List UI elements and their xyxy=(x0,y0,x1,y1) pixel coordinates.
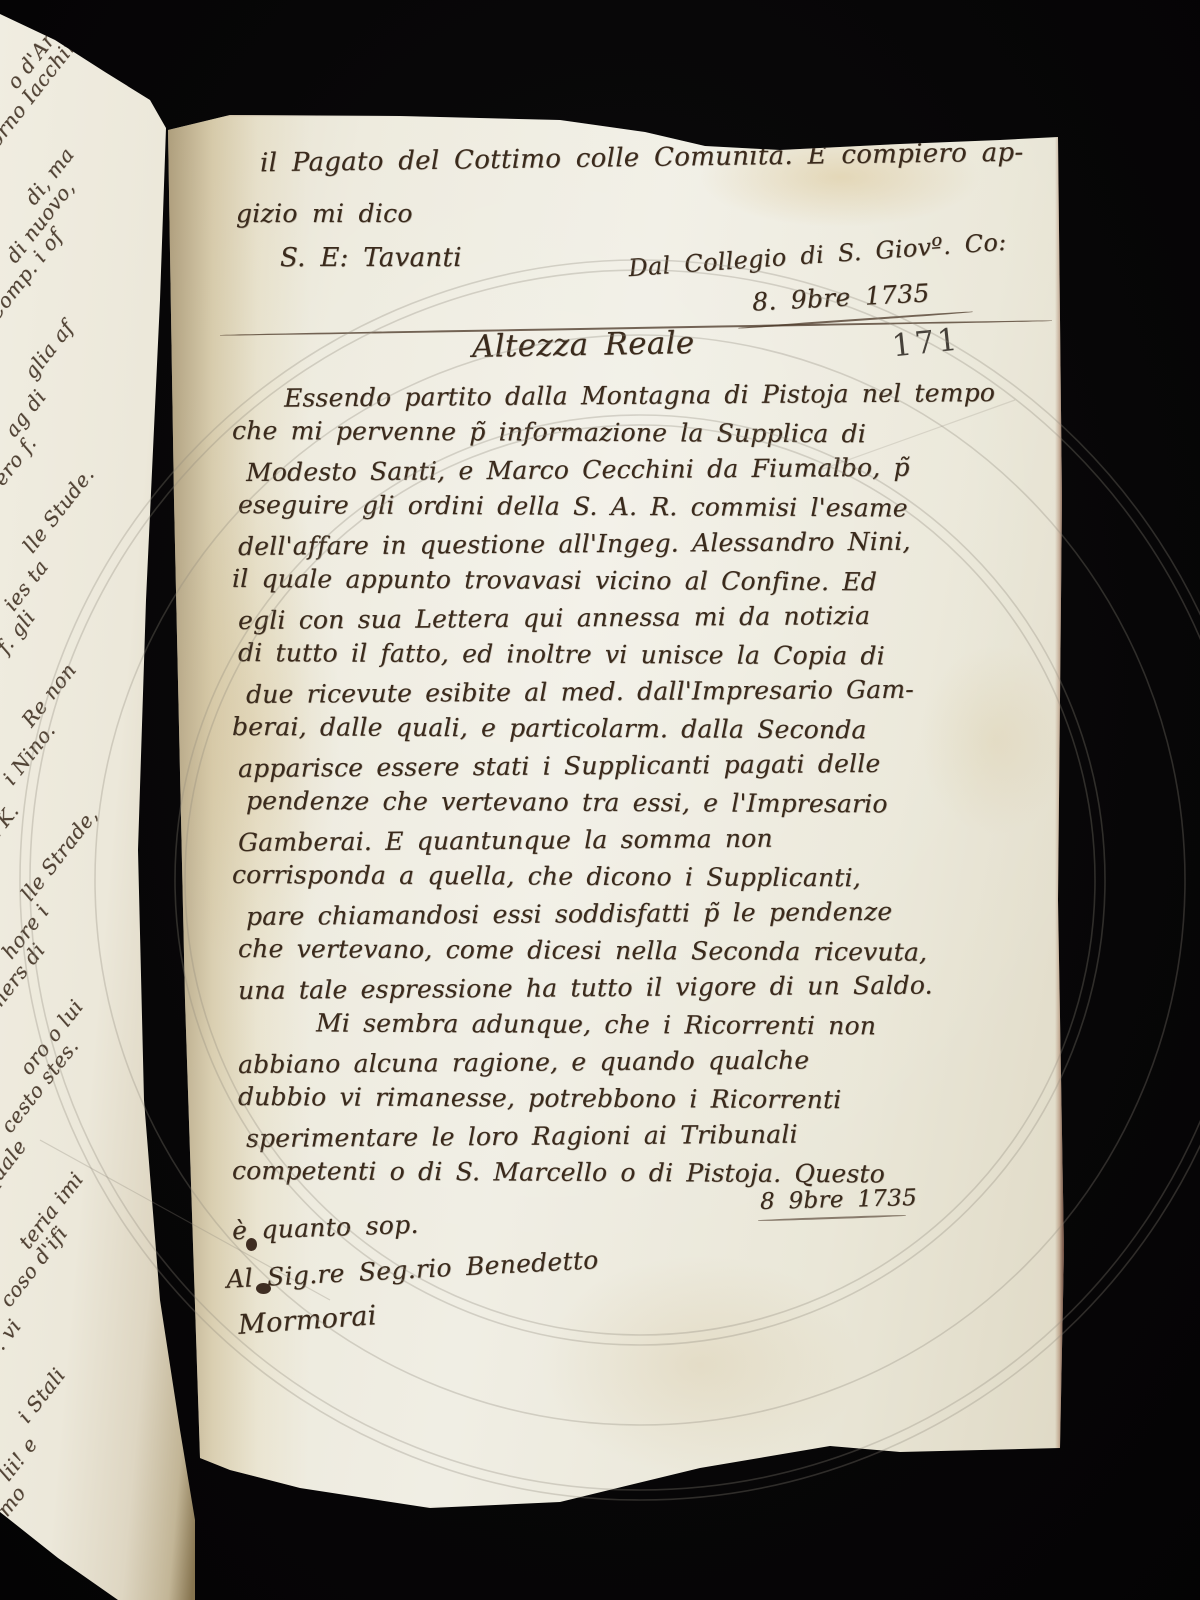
dateline-place: Dal Collegio di S. Giovº. Co: xyxy=(627,228,1007,282)
previous-page-edge: Lagam.o d'Ar iuorno Iacchin.di, madi nuo… xyxy=(0,0,195,1600)
manuscript-photograph: Lagam.o d'Ar iuorno Iacchin.di, madi nuo… xyxy=(0,0,1200,1600)
page-edge-text-fragment: glia af xyxy=(19,316,79,383)
page-edge-text-fragment: i Nino. xyxy=(0,719,60,790)
paper-stain xyxy=(700,127,980,227)
page-edge-text-fragment: ies ta xyxy=(0,555,53,615)
manuscript-line: una tale espressione ha tutto il vigore … xyxy=(238,966,998,1009)
manuscript-line: corrisponda a quella, che dicono i Suppl… xyxy=(232,856,998,897)
manuscript-line: due ricevute esibite al med. dall'Impres… xyxy=(246,670,998,713)
manuscript-line: Gamberai. E quantunque la somma non xyxy=(238,818,998,861)
closing-line: è quanto sop. xyxy=(232,1210,420,1245)
page-edge-text-fragment: vero f. xyxy=(0,431,41,499)
page-edge-text-fragment: quale xyxy=(0,1135,31,1196)
salutation: Altezza Reale xyxy=(472,325,695,365)
manuscript-line: che vertevano, come dicesi nella Seconda… xyxy=(238,930,998,971)
manuscript-line: il quale appunto trovavasi vicino al Con… xyxy=(232,560,998,601)
page-edge-text-fragment: o f. gli xyxy=(0,605,40,673)
manuscript-line: dell'affare in questione all'Ingeg. Ales… xyxy=(238,522,998,565)
ink-blot xyxy=(256,1283,271,1294)
manuscript-line: pare chiamandosi essi soddisfatti p̃ le … xyxy=(246,892,998,935)
manuscript-line: pendenze che vertevano tra essi, e l'Imp… xyxy=(246,782,998,823)
manuscript-line: eseguire gli ordini della S. A. R. commi… xyxy=(238,486,998,527)
body-date: 8 9bre 1735 xyxy=(760,1185,918,1215)
manuscript-line: Modesto Santi, e Marco Cecchini da Fiuma… xyxy=(246,448,998,491)
dateline-date: 8. 9bre 1735 xyxy=(751,278,930,316)
manuscript-line: sperimentare le loro Ragioni ai Tribunal… xyxy=(246,1114,998,1157)
page-edge-text-fragment: ssimo xyxy=(0,1481,31,1543)
manuscript-line: abbiano alcuna ragione, e quando qualche xyxy=(238,1040,998,1083)
paper-stain xyxy=(540,1255,860,1475)
page-edge-text-fragment: i Stali xyxy=(13,1363,71,1427)
folio-number: 171 xyxy=(890,322,962,365)
ink-blot xyxy=(246,1238,257,1251)
manuscript-line: egli con sua Lettera qui annessa mi da n… xyxy=(238,596,998,639)
letter-body: Essendo partito dalla Montagna di Pistoj… xyxy=(238,377,998,1191)
manuscript-line: che mi pervenne p̃ informazione la Suppl… xyxy=(232,412,998,453)
manuscript-page: il Pagato del Cottimo colle Comunità. E … xyxy=(160,105,1065,1520)
page-edge-text-fragment: Re non xyxy=(17,658,82,731)
manuscript-line: Mi sembra adunque, che i Ricorrenti non xyxy=(232,1004,998,1045)
body-date-underline xyxy=(758,1214,906,1221)
manuscript-line: apparisce essere stati i Supplicanti pag… xyxy=(238,744,998,787)
manuscript-line: berai, dalle quali, e particolarm. dalla… xyxy=(232,708,998,749)
addressee: S. E: Tavanti xyxy=(280,243,462,273)
manuscript-line: di tutto il fatto, ed inoltre vi unisce … xyxy=(238,634,998,675)
manuscript-line: Essendo partito dalla Montagna di Pistoj… xyxy=(238,374,998,417)
docket-line-2: gizio mi dico xyxy=(236,199,413,228)
page-right-edge xyxy=(1055,105,1065,1520)
page-edge-text-fragment: lii! e xyxy=(0,1432,42,1485)
page-bottom-edge xyxy=(160,1506,1065,1520)
manuscript-line: dubbio vi rimanesse, potrebbono i Ricorr… xyxy=(238,1078,998,1119)
page-top-edge xyxy=(160,105,1065,117)
page-edge-text-fragment: lle Stude. xyxy=(18,463,99,558)
page-edge-text-fragment: lle Strade, xyxy=(16,803,103,905)
page-edge-text-fragment: Lagam. xyxy=(0,0,32,35)
page-edge-text-fragment: ù K. xyxy=(0,799,24,847)
page-edge-text-fragment: ic. vi xyxy=(0,1314,26,1369)
